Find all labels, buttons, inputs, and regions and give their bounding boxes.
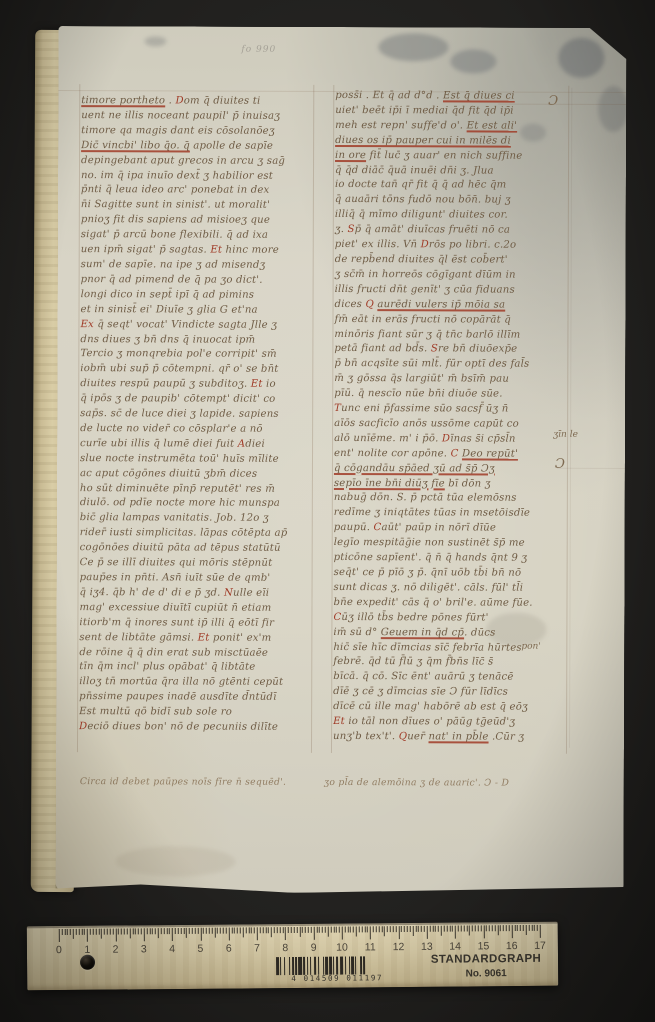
manuscript-line: Est multū qō bidī sub sole ro [79, 705, 313, 721]
manuscript-line: aīōs sacficīo anōs ussōme capūt co [334, 417, 568, 433]
ruler-tick [132, 928, 133, 934]
ink-text: illoʒ tn̄ mortūa q̄ra illa nō gtēnti cep… [79, 676, 283, 688]
manuscript-line: piet' ex illis. Vn̄ Drōs po libri. c.2o [335, 238, 569, 254]
ink-text: mag' excessiue diuītī cupiūt n̄ etiam [79, 602, 271, 614]
ruler-tick [144, 928, 145, 941]
ruler-tick [124, 928, 125, 934]
manuscript-line: iobm̄ ubi sup̄ p̄ cōtempni. qr̄ o' se bn… [80, 362, 314, 378]
ink-text: ʒ. [335, 224, 348, 235]
ruler-tick [104, 929, 105, 935]
ink-text: cogōnōes diuitū pāta ad tēpus statūtū [80, 542, 281, 554]
ruler-tick [251, 927, 252, 933]
rubric-text: C [333, 612, 341, 623]
barcode-gap [365, 956, 366, 974]
ruler-tick [418, 926, 419, 932]
ruler-tick [398, 926, 399, 939]
manuscript-line: mag' excessiue diuītī cupiūt n̄ etiam [79, 601, 313, 617]
ink-text: ūʒ illō tb̄s bedre pōnes fūrt' [341, 612, 488, 624]
manuscript-line: unʒ'b tex't'. Quer̄ nat' in pb̄le .Cūr ʒ [333, 730, 567, 746]
manuscript-line: ʒ sc̄m̄ in horreōs cōgīgant dīūm in [335, 268, 569, 284]
ruler-tick [67, 929, 68, 935]
ruler-tick [506, 925, 507, 931]
ruler-cm-number: 0 [49, 944, 69, 956]
ruler-tick [268, 927, 269, 933]
ruler-tick [62, 929, 63, 935]
ruler-tick [412, 926, 413, 936]
ruler-tick [319, 927, 320, 933]
ruler-cm-number: 15 [473, 940, 493, 952]
manuscript-line: depingebant aput grecos in arcu ʒ saḡ [81, 154, 315, 170]
ruler-tick [478, 925, 479, 931]
manuscript-line: q̄ ipōs ʒ de paupib' cōtempt' dicit' co [80, 392, 314, 408]
ruler-tick [73, 929, 74, 939]
ruler-tick [500, 925, 501, 931]
ink-text: unʒ'b tex't'. [333, 731, 399, 742]
ink-text: uen ipm̄ sigat' p̄ sagtas. [81, 244, 211, 255]
ruler-tick [299, 927, 300, 937]
manuscript-line: pticōne sapīent'. q̄ n̄ q̄ hands q̄nt 9 … [334, 551, 568, 567]
ruler-ticks [27, 922, 558, 927]
ruler-tick [127, 928, 128, 934]
manuscript-line: uent ne illis noceant paupil' p̄ inuisaʒ [81, 109, 315, 125]
ink-text: Ce p̄ se illī diuites qui mōris stēpnūt [80, 557, 273, 569]
ruler-tick [444, 926, 445, 932]
manuscript-line: illoʒ tn̄ mortūa q̄ra illa nō gtēnti cep… [79, 675, 313, 691]
crease-line [569, 88, 572, 748]
ink-text: paup̄es in pn̄ti. Asn̄ iuīt sūe de qmb' [80, 572, 271, 584]
manuscript-line: hic̄ sīe hīc dīmcias sīc̄ febrīa hūrtes [333, 641, 567, 657]
ruler-tick [220, 928, 221, 934]
rubric-text: Q [399, 731, 408, 742]
footer-note-right: ʒo pl̄a de alemōina ʒ de auaric'. Ɔ - D [324, 777, 509, 789]
ruler-tick [339, 927, 340, 933]
ruler-tick [76, 929, 77, 935]
ink-text: . dūcs [464, 627, 495, 638]
rubric-text: D [421, 239, 429, 250]
ruler-tick [356, 926, 357, 936]
rubric-text: Et [333, 716, 345, 727]
ink-text: eciō diues bon' nō de pecuniis dilīte [87, 721, 278, 733]
ruler-tick [81, 929, 82, 935]
ruler-tick [472, 925, 473, 931]
ruler-tick [246, 927, 247, 933]
ruler-tick [540, 925, 541, 938]
ink-text: . [165, 95, 175, 106]
manuscript-line: q̄ cōgandāu sp̄āed ʒū ad s̄p̄ Ɔʒ [334, 462, 568, 478]
manuscript-line: p̄nti q̄ leua ideo arc' ponebat in dex [81, 184, 315, 200]
underlined-text: sepīo īne bn̄i diūʒ fīe [334, 478, 445, 489]
manuscript-line: itiorb'm q̄ inores sunt ip̄ illi q̄ eōtī… [79, 616, 313, 632]
rubric-text: C [451, 448, 459, 459]
ruler-tick [243, 927, 244, 937]
ruler-tick [93, 929, 94, 935]
ink-text: q̄ auaāri tōns fudō nou bōn̄. buj ʒ [335, 194, 511, 206]
ruler-tick [79, 929, 80, 935]
ruler-tick [163, 928, 164, 934]
ruler-tick [262, 927, 263, 933]
ruler-tick [308, 927, 309, 933]
ink-text: sent de libtāte gāmsi. [79, 632, 197, 643]
ruler-tick [209, 928, 210, 934]
ruler-tick [212, 928, 213, 934]
ruler-tick [537, 925, 538, 931]
ink-text: bn̄e expedit' cās q̄ o' bril'e. aūme fūe… [333, 597, 532, 609]
ruler-tick [183, 928, 184, 934]
ruler-cm-number: 10 [332, 941, 352, 953]
ink-text: aīōs sacficīo anōs ussōme capūt co [334, 418, 519, 430]
rubric-text: Et [210, 245, 222, 256]
ink-text: pticōne sapīent'. q̄ n̄ q̄ hands q̄nt 9 … [334, 552, 528, 564]
ruler-tick [203, 928, 204, 934]
ink-text: sap̄s. sc̄ de luce diei ʒ lapide. sapien… [80, 408, 279, 420]
manuscript-line: dices Q aurēdi vulers ip̄ mōia sa [335, 298, 569, 314]
ruler-tick [449, 926, 450, 932]
ruler-cm-number: 13 [417, 941, 437, 953]
ink-text: pn̄ssime paupes inadē ausdīte d̄ntūdī [79, 691, 276, 703]
ruler-cm-number: 14 [445, 940, 465, 952]
ink-text: febrē. q̄d tū f̄lū ʒ q̄m f̄bn̄s līc̄ s̄ [333, 656, 493, 668]
ink-text: curīe ubi illis q̄ lumē diei fuit [80, 438, 238, 450]
ink-text: illis fructi dn̄t genīt' ʒ cūa fiduans [335, 284, 515, 296]
ink-text: p̄nti q̄ leua ideo arc' ponebat in dex [81, 185, 270, 197]
manuscript-line: sigat' p̄ arcū bone flexibili. q̄ ad ixa [81, 228, 315, 244]
ruler-tick [410, 926, 411, 932]
manuscript-line: petā fiant ad bd̄s. Sre bn̄ diuōexp̄e [334, 342, 568, 358]
ink-text: illiq̄ q̄ mīmo diligunt' diuites cor. [335, 209, 508, 221]
ruler-tick [390, 926, 391, 932]
manuscript-line: ʒ. Sp̄ q̄ amāt' diuīcas fruēti nō ca [335, 223, 569, 239]
ruler-tick [64, 929, 65, 935]
ruler-tick [429, 926, 430, 932]
manuscript-line: m̄ ʒ gōssa q̄s largiūt' m̄ bsīm̄ pau [334, 372, 568, 388]
manuscript-line: febrē. q̄d tū f̄lū ʒ q̄m f̄bn̄s līc̄ s̄ [333, 655, 567, 671]
ink-text: bīcā. q̄ cō. Sīc ēnt' auārū ʒ tenācē [333, 671, 513, 683]
ink-text: fit̄ luc̄ ʒ auar' en nich suffine [366, 150, 522, 162]
ruler-tick [353, 926, 354, 932]
ink-text: ho sūt diminuēte pīnp̄ reputēt' res m̄ [80, 483, 275, 495]
ruler-tick [531, 925, 532, 931]
ruler-tick [200, 928, 201, 941]
ink-text: io [263, 379, 276, 390]
ink-text: iobm̄ ubi sup̄ p̄ cōtempni. qr̄ o' se bn… [80, 363, 278, 375]
ruler-tick [279, 927, 280, 933]
ruler-tick [370, 926, 371, 939]
ink-text: p̄ q̄ amāt' diuīcas fruēti nō ca [355, 224, 510, 236]
ruler-tick [463, 925, 464, 931]
ruler-tick [118, 929, 119, 935]
manuscript-line: bīcā. q̄ cō. Sīc ēnt' auārū ʒ tenācē [333, 670, 567, 686]
ruler-tick [432, 926, 433, 932]
ruler-cm-number: 8 [275, 942, 295, 954]
manuscript-line: no. im q̄ ipa inuīo dext̄ ʒ habilior est [81, 169, 315, 185]
ruler-tick [178, 928, 179, 934]
ruler-tick [192, 928, 193, 934]
rubric-text: T [334, 403, 341, 414]
ink-text: q̄ ipōs ʒ de paupib' cōtempt' dicit' co [80, 393, 275, 405]
manuscript-line: dns diues ʒ bn̄ dns q̄ inuocat ipm̄ [80, 333, 314, 349]
ruler-tick [294, 927, 295, 933]
ink-text: uiet' beēt ip̄i ī mediai q̄d fit q̄d ip̄… [335, 105, 514, 117]
ruler-brand-label: STANDARDGRAPH [421, 953, 551, 966]
ruler-tick [534, 925, 535, 931]
ruler-tick [302, 927, 303, 933]
stain-spot [558, 38, 604, 78]
stain-spot [144, 36, 166, 46]
rubric-text: Et [251, 379, 263, 390]
manuscript-line: diulō. od pdīe nocte more hic munspa [80, 497, 314, 513]
text-column-right: poss̄i . Et q̄ ad d°d . Est q̄ diues ciu… [333, 89, 569, 746]
ruler-tick [486, 925, 487, 931]
ruler-tick [475, 925, 476, 931]
ruler-tick [70, 929, 71, 935]
ink-text: Tercio ʒ monqrebia pol'e corripit' sm̄ [80, 348, 276, 360]
ink-text: seq̄t' ce p̄ pīō ʒ p̄. q̄nī uōb tb̄i bn̄… [334, 567, 522, 579]
ink-text: rider̄ iusti simplicitas. lāpas cōtēpta … [80, 527, 288, 539]
manuscript-line: dīē ʒ cē ʒ dīmcias sīe Ɔ fūr līdīcs [333, 685, 567, 701]
ruler-tick [393, 926, 394, 932]
ruler-cm-number: 12 [388, 941, 408, 953]
manuscript-line: illis fructi dn̄t genīt' ʒ cūa fiduans [335, 283, 569, 299]
ink-text: .Cūr ʒ [489, 731, 525, 742]
ruler-tick [441, 926, 442, 936]
ink-text: redīme ʒ iniqtātes tūas in msetōisdīe [334, 507, 530, 519]
manuscript-line: uiet' beēt ip̄i ī mediai q̄d fit q̄d ip̄… [335, 104, 569, 120]
ink-text: paupū. [334, 522, 374, 533]
ink-text: sigat' p̄ arcū bone flexibili. q̄ ad ixa [81, 229, 268, 241]
ink-text: itiorb'm q̄ inores sunt ip̄ illi q̄ eōtī… [79, 617, 274, 629]
rubric-text: N [224, 587, 233, 598]
ink-text: io docte tan̄ qr̄ fit q̄ q̄ ad hēc q̄m [335, 179, 506, 191]
manuscript-line: cogōnōes diuitū pāta ad tēpus statūtū [80, 541, 314, 557]
underlined-text: in ore [335, 150, 366, 161]
ruler-tick [149, 928, 150, 934]
ink-text: dīcē cū ille mag' habōrē ab est q̄ eōʒ [333, 701, 528, 713]
manuscript-line: q̄ q̄d diāc̄ q̄uā inuēi dn̄i ʒ. Jlua [335, 164, 569, 180]
ruler-tick [186, 928, 187, 938]
ink-text: bī dōn ʒ [445, 478, 491, 489]
ruler-tick [305, 927, 306, 933]
manuscript-line: dīcē cū ille mag' habōrē ab est q̄ eōʒ [333, 700, 567, 716]
ruler-tick [175, 928, 176, 934]
manuscript-line: Dic̄ vincbi' libo q̄o. q̄ apolle de sapī… [81, 139, 315, 155]
ruler-tick [254, 927, 255, 933]
ink-text: p̄ bn̄ acqsīte sūi mlt̄. fūr optī des fa… [334, 358, 529, 370]
ink-text: legīo mespitāḡie non sustinēt s̄p̄ me [334, 537, 525, 549]
manuscript-leaf: fo 990 Ɔ ʒīn le Ɔ pon' timore portheto .… [55, 26, 626, 894]
ruler-tick [130, 928, 131, 938]
manuscript-line: n̄i Sagitte sunt in sinist'. ut moralit' [81, 198, 315, 214]
manuscript-line: timore portheto . Dom q̄ diuites ti [81, 94, 315, 110]
ink-text: poss̄i . Et q̄ ad d°d . [335, 90, 443, 101]
ruler-tick [381, 926, 382, 932]
ruler-tick [90, 929, 91, 935]
ruler-tick [401, 926, 402, 932]
ink-text: apolle de sapīe [190, 140, 273, 151]
ruler-tick [84, 929, 85, 935]
ruler-tick [189, 928, 190, 934]
rubric-text: S [431, 344, 438, 355]
ruler-tick [237, 927, 238, 933]
ruler-tick [226, 928, 227, 934]
ruler-tick [424, 926, 425, 932]
manuscript-line: sepīo īne bn̄i diūʒ fīe bī dōn ʒ [334, 477, 568, 493]
ink-text: bic̄ glia lampas vanitatis. Job. 12o ʒ [80, 512, 269, 524]
ruler-tick [285, 927, 286, 940]
ruler-tick [169, 928, 170, 934]
ink-text: dns diues ʒ bn̄ dns q̄ inuocat ipm̄ [80, 334, 255, 346]
ruler-tick [166, 928, 167, 934]
ruler-tick [333, 927, 334, 933]
manuscript-line: ent' nolite cor apōne. C Deo repūt' [334, 447, 568, 463]
manuscript-line: Tunc eni p̄fassime sūo sacsf̄ ūʒ n̄ [334, 402, 568, 418]
ruler-tick [517, 925, 518, 931]
manuscript-line: alō unīēme. m' i p̄ō. Dīnas s̄i cp̄sl̄n [334, 432, 568, 448]
ruler-tick [396, 926, 397, 932]
underlined-text: Deo repūt' [462, 448, 518, 459]
manuscript-line: poss̄i . Et q̄ ad d°d . Est q̄ diues ci [335, 89, 569, 105]
ruler-model-label: No. 9061 [421, 968, 551, 980]
ink-text: ent' nolite cor apōne. [334, 448, 451, 459]
ink-text: et in sinist̄ ei' Diuīe ʒ glia G et'na [81, 304, 258, 316]
manuscript-line: illiq̄ q̄ mīmo diligunt' diuites cor. [335, 208, 569, 224]
manuscript-line: sap̄s. sc̄ de luce diei ʒ lapide. sapien… [80, 407, 314, 423]
ruler-tick [427, 926, 428, 939]
ruler-tick [98, 929, 99, 935]
manuscript-line: diuites respū paupū ʒ subditoʒ. Et io [80, 377, 314, 393]
manuscript-line: Deciō diues bon' nō de pecuniis dilīte [79, 720, 313, 736]
rubric-text: C [374, 522, 382, 533]
manuscript-line: legīo mespitāḡie non sustinēt s̄p̄ me [334, 536, 568, 552]
ruler-tick [296, 927, 297, 933]
ruler-cm-number: 11 [360, 941, 380, 953]
ruler-tick [313, 927, 314, 940]
underlined-text: diues os ip̄ pauper cui in milēs di [335, 135, 511, 147]
ruler-tick [345, 927, 346, 933]
manuscript-line: pīū. q̄ nescīo nūe bn̄i diuōe sūe. [334, 387, 568, 403]
ruler-tick [359, 926, 360, 932]
ruler-tick [387, 926, 388, 932]
ruler-tick [466, 925, 467, 931]
ink-text: no. im q̄ ipa inuīo dext̄ ʒ habilior est [81, 170, 273, 182]
manuscript-line: de repb̄end diuites q̄l ēst cob̄ert' [335, 253, 569, 269]
ruler-tick [421, 926, 422, 932]
ink-text: sum' de sapīe. na ipe ʒ ad misendʒ [81, 259, 266, 271]
ruler-tick [330, 927, 331, 933]
ruler-cm-number: 16 [502, 940, 522, 952]
rubric-text: Et [198, 632, 210, 643]
manuscript-line: Tercio ʒ monqrebia pol'e corripit' sm̄ [80, 347, 314, 363]
ruler-tick [161, 928, 162, 934]
ruler-cm-number: 5 [190, 943, 210, 955]
manuscript-line: longi dico in sept̄ ipī q̄ ad pimins [81, 288, 315, 304]
ruler-tick [492, 925, 493, 931]
ruler-tick [229, 928, 230, 941]
underlined-text: timore portheto [81, 95, 165, 106]
ruler-tick [141, 928, 142, 934]
stain-spot [450, 49, 496, 73]
ink-text: ponit' ex'm [209, 632, 271, 643]
ruler-tick [469, 925, 470, 935]
ruler-tick [277, 927, 278, 933]
ruler-tick [223, 928, 224, 934]
manuscript-line: fm̄ eāt in erās fructi nō copārāt q̄ [334, 313, 568, 329]
ink-text: om q̄ diuites ti [184, 95, 261, 106]
ink-text: re bn̄ diuōexp̄e [438, 344, 517, 355]
manuscript-line: uen ipm̄ sigat' p̄ sagtas. Et hinc more [81, 243, 315, 259]
ink-text: de repb̄end diuites q̄l ēst cob̄ert' [335, 254, 508, 266]
ruler-tick [495, 925, 496, 931]
manuscript-line: timore qa magis dant eis cōsolanōeʒ [81, 124, 315, 140]
ink-text: meh est repn' suffe'd o'. [335, 120, 467, 131]
ruler-tick [206, 928, 207, 934]
ruler-tick [197, 928, 198, 934]
ruler-tick [367, 926, 368, 932]
ink-text: dīē ʒ cē ʒ dīmcias sīe Ɔ fūr līdīcs [333, 686, 508, 698]
ink-text: uent ne illis noceant paupil' p̄ inuisaʒ [81, 110, 280, 122]
ruler: 01234567891011121314151617 4 014509 0111… [27, 922, 559, 991]
manuscript-line: slue nocte instrumēta toū' huīs mīlite [80, 452, 314, 468]
ruler-tick [234, 927, 235, 933]
ink-text: m̄ ʒ gōssa q̄s largiūt' m̄ bsīm̄ pau [334, 373, 509, 385]
ruler-tick [503, 925, 504, 931]
manuscript-line: paup̄es in pn̄ti. Asn̄ iuīt sūe de qmb' [80, 571, 314, 587]
manuscript-line: de lucte no vider̄ co cōsplar'e a nō [80, 422, 314, 438]
ruler-tick [152, 928, 153, 934]
manuscript-line: in ore fit̄ luc̄ ʒ auar' en nich suffine [335, 149, 569, 165]
ink-text: pnor q̄ ad pimend de q̄ pa ʒo dict'. [81, 274, 263, 286]
ruler-tick [121, 928, 122, 934]
ink-text: diei [245, 439, 265, 450]
ruler-tick [195, 928, 196, 934]
ink-text: depingebant aput grecos in arcu ʒ saḡ [81, 155, 285, 167]
ink-text: im̄ sū d° [333, 627, 380, 638]
ruler-tick [509, 925, 510, 931]
ruler-tick [172, 928, 173, 941]
ruler-tick [452, 926, 453, 932]
manuscript-line: q̄ iʒ4. q̄b h' de d' di e p̄ ʒd. Nulle e… [80, 586, 314, 602]
underlined-text: Dic̄ vincbi' libo q̄o. q̄ [81, 140, 190, 151]
ruler-tick [376, 926, 377, 932]
ruler-cm-number: 6 [219, 942, 239, 954]
ink-text: q̄ seqt' vocat' Vindicte sagta Jlle ʒ [94, 319, 277, 331]
ruler-tick [248, 927, 249, 933]
ruler-tick [480, 925, 481, 931]
underlined-text: Est q̄ diues ci [443, 90, 515, 101]
rubric-text: D [442, 433, 450, 444]
ruler-tick [336, 927, 337, 933]
ink-text: q̄ q̄d diāc̄ q̄uā inuēi dn̄i ʒ. Jlua [335, 165, 494, 177]
ruler-tick [435, 926, 436, 932]
manuscript-line: tīn q̄m incl' plus opābat' q̄ libtāte [79, 661, 313, 677]
ruler-tick [497, 925, 498, 935]
ruler-cm-number: 9 [304, 942, 324, 954]
ink-text: sunt dicas ʒ. nō diligēt'. cāls. fūl' tl… [334, 582, 524, 594]
ruler-tick [520, 925, 521, 931]
ink-text: piet' ex illis. Vn̄ [335, 239, 421, 250]
manuscript-line: Ce p̄ se illī diuites qui mōris stēpnūt [80, 556, 314, 572]
ruler-tick [529, 925, 530, 931]
ruler-tick [483, 925, 484, 938]
ruler-tick [455, 926, 456, 939]
manuscript-line: rider̄ iusti simplicitas. lāpas cōtēpta … [80, 526, 314, 542]
ruler-tick [407, 926, 408, 932]
underlined-text: q̄ cōgandāu sp̄āed ʒū ad s̄p̄ Ɔʒ [334, 463, 495, 475]
ink-text: io tāl non dīues o' pāūg tḡeūd'ʒ [345, 716, 515, 728]
manuscript-line: sent de libtāte gāmsi. Et ponit' ex'm [79, 631, 313, 647]
ruler-tick [458, 926, 459, 932]
ruler-tick [512, 925, 513, 938]
manuscript-line: nabuḡ dōn. S. p̄ pctā tūa elemōsns [334, 491, 568, 507]
